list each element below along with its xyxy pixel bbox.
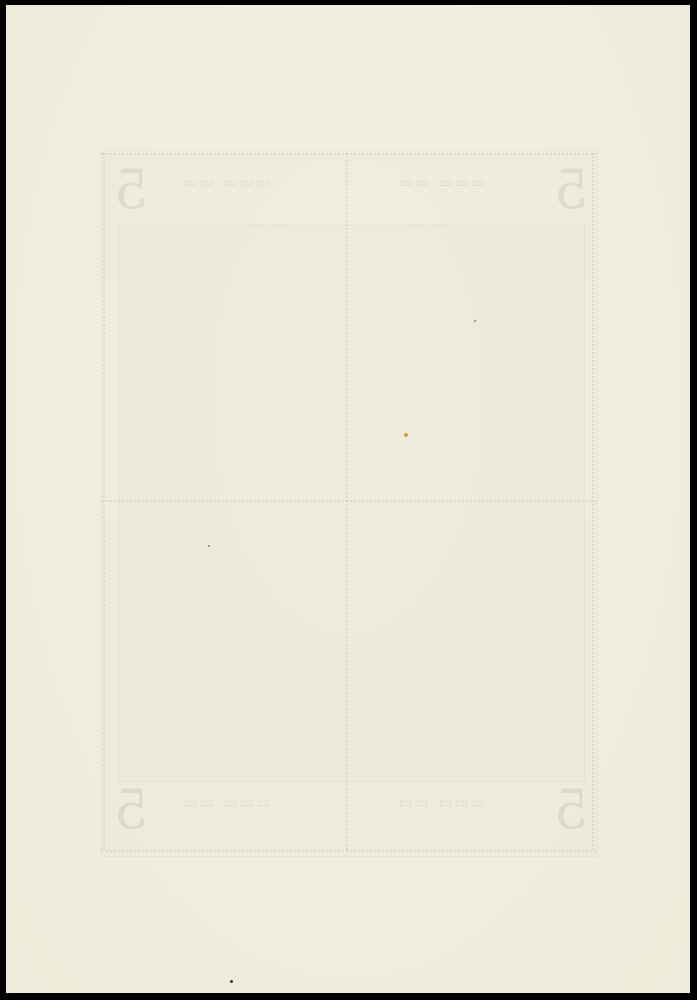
denomination-ghost: 5: [114, 163, 148, 217]
paper-speck: [474, 320, 476, 322]
perforation-left: [103, 153, 105, 850]
perforation-top: [101, 153, 596, 155]
denomination-ghost: 5: [114, 783, 148, 837]
perforation-bottom: [101, 850, 596, 852]
stamp-text-ghost: ▭▭▭ ▭▭: [181, 795, 270, 811]
sheet-paper: 5 5 5 5 ▭▭▭ ▭▭ ▭▭▭ ▭▭ ▭▭▭ ▭▭ ▭▭▭ ▭▭: [6, 5, 690, 993]
stamp-text-ghost: ▭▭▭ ▭▭: [181, 175, 270, 191]
denomination-ghost: 5: [554, 163, 588, 217]
perforation-right: [592, 153, 594, 850]
paper-speck: [230, 980, 233, 983]
denomination-ghost: 5: [554, 783, 588, 837]
perforation-middle: [101, 500, 596, 502]
image-area-ghost: [118, 225, 585, 782]
perforation-center: [346, 153, 348, 850]
stamp-text-ghost: ▭▭▭ ▭▭: [396, 795, 485, 811]
paper-speck: [404, 433, 408, 437]
stamp-text-ghost: ▭▭▭ ▭▭: [396, 175, 485, 191]
paper-speck: [208, 545, 210, 547]
